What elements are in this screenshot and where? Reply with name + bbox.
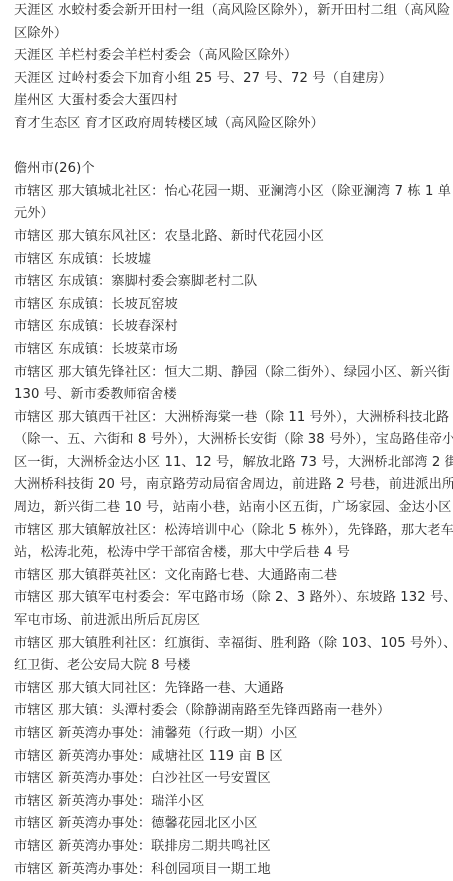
text-line: 军屯市场、前进派出所后瓦房区 [14,610,444,633]
text-line: 育才生态区 育才区政府周转楼区域（高风险区除外） [14,113,444,136]
text-line: 市辖区 新英湾办事处：瑞洋小区 [14,791,444,814]
text-line: 130 号、新市委教师宿舍楼 [14,384,444,407]
text-line: 市辖区 东成镇：长坡墟 [14,249,444,272]
text-line: 市辖区 新英湾办事处：科创园项目一期工地 [14,859,444,862]
text-line: 市辖区 东成镇：长坡菜市场 [14,339,444,362]
text-line: 市辖区 新英湾办事处：德馨花园北区小区 [14,813,444,836]
text-line: 天涯区 过岭村委会下加育小组 25 号、27 号、72 号（自建房） [14,68,444,91]
text-line: 市辖区 新英湾办事处：白沙社区一号安置区 [14,768,444,791]
document-body: 天涯区 水蛟村委会新开田村一组（高风险区除外），新开田村二组（高风险 区除外） … [14,0,444,862]
text-line: 市辖区 新英湾办事处：联排房二期共鸣社区 [14,836,444,859]
text-line: 市辖区 那大镇先锋社区：恒大二期、静园（除二街外）、绿园小区、新兴街 [14,362,444,385]
text-line: 天涯区 羊栏村委会羊栏村委会（高风险区除外） [14,45,444,68]
text-line: 区除外） [14,23,444,46]
text-line: 大洲桥科技街 20 号，南京路劳动局宿舍周边，前进路 2 号巷，前进派出所 [14,474,444,497]
text-line: 市辖区 那大镇城北社区：怡心花园一期、亚澜湾小区（除亚澜湾 7 栋 1 单 [14,181,444,204]
text-line: 红卫街、老公安局大院 8 号楼 [14,655,444,678]
text-line: （除一、五、六街和 8 号外），大洲桥长安街（除 38 号外），宝岛路佳帝小 [14,429,444,452]
text-line: 市辖区 那大镇东风社区：农垦北路、新时代花园小区 [14,226,444,249]
section-danzhou: 儋州市(26)个 市辖区 那大镇城北社区：怡心花园一期、亚澜湾小区（除亚澜湾 7… [14,158,444,862]
text-line: 市辖区 那大镇群英社区：文化南路七巷、大通路南二巷 [14,565,444,588]
text-line: 市辖区 新英湾办事处：咸塘社区 119 亩 B 区 [14,746,444,769]
section-hainan-areas: 天涯区 水蛟村委会新开田村一组（高风险区除外），新开田村二组（高风险 区除外） … [14,0,444,136]
text-line: 市辖区 那大镇大同社区：先锋路一巷、大通路 [14,678,444,701]
text-line: 市辖区 东成镇：长坡春深村 [14,316,444,339]
text-line: 崖州区 大蛋村委会大蛋四村 [14,90,444,113]
text-line: 区一街，大洲桥金达小区 11、12 号，解放北路 73 号，大洲桥北部湾 2 街… [14,452,444,475]
paragraph-gap [14,136,444,159]
text-line: 站，松涛北苑，松涛中学干部宿舍楼，那大中学后巷 4 号 [14,542,444,565]
text-line: 天涯区 水蛟村委会新开田村一组（高风险区除外），新开田村二组（高风险 [14,0,444,23]
text-line: 市辖区 新英湾办事处：浦馨苑（行政一期）小区 [14,723,444,746]
text-line: 市辖区 东成镇：长坡瓦窑坡 [14,294,444,317]
section-heading: 儋州市(26)个 [14,158,444,181]
text-line: 元外） [14,203,444,226]
text-line: 市辖区 东成镇：寨脚村委会寨脚老村二队 [14,271,444,294]
text-line: 市辖区 那大镇：头潭村委会（除静湖南路至先锋西路南一巷外） [14,700,444,723]
text-line: 周边，新兴街二巷 10 号，站南小巷，站南小区五街，广场家园、金达小区 [14,497,444,520]
text-line: 市辖区 那大镇胜利社区：红旗街、幸福街、胜利路（除 103、105 号外）、 [14,633,444,656]
text-line: 市辖区 那大镇军屯村委会：军屯路市场（除 2、3 路外）、东坡路 132 号、 [14,587,444,610]
text-line: 市辖区 那大镇西干社区：大洲桥海棠一巷（除 11 号外），大洲桥科技北路 [14,407,444,430]
text-line: 市辖区 那大镇解放社区：松涛培训中心（除北 5 栋外），先锋路，那大老车 [14,520,444,543]
